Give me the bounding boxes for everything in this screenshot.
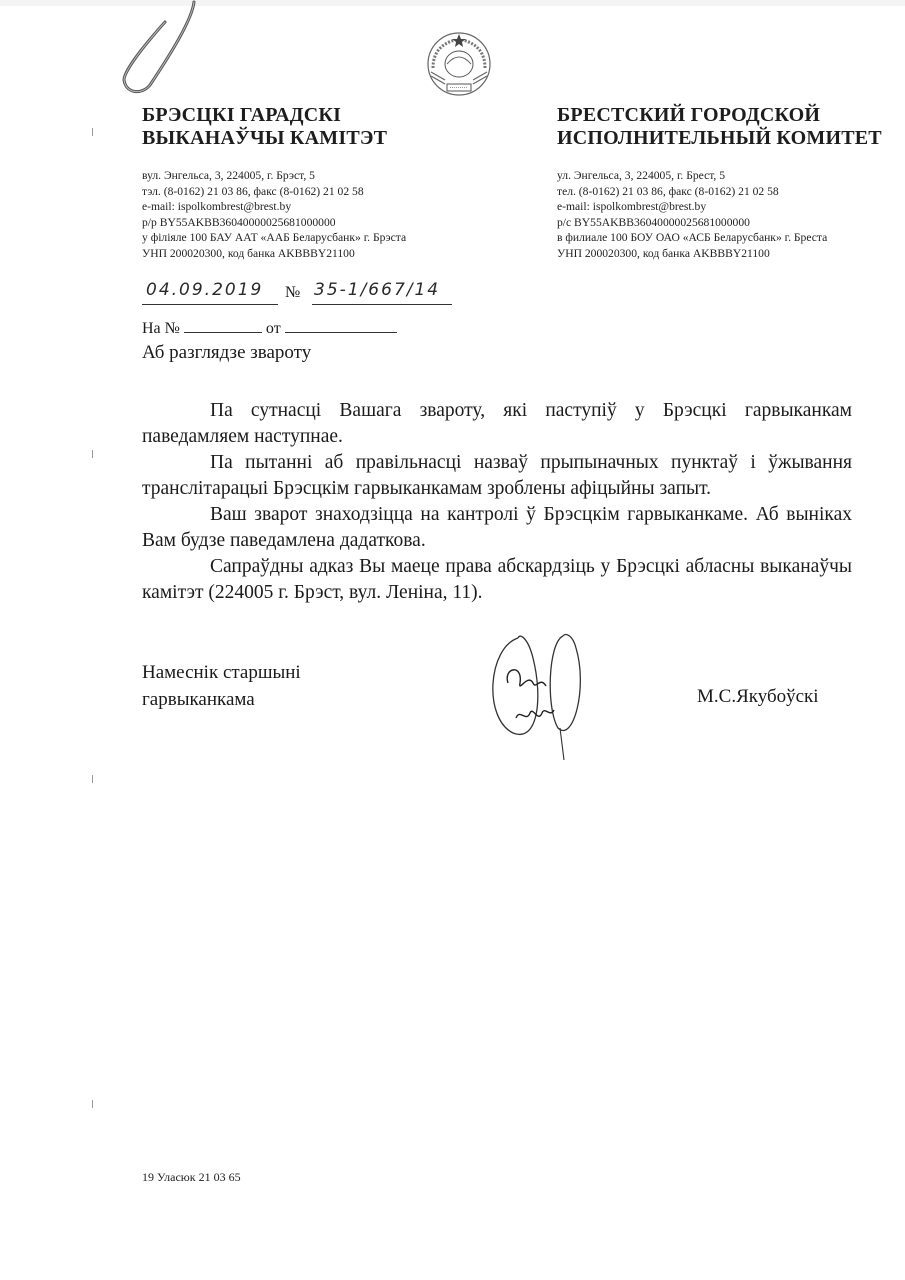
org-title-line: ИСПОЛНИТЕЛЬНЫЙ КОМИТЕТ [557,127,882,150]
date-underline [142,304,278,305]
signer-name: М.С.Якубоўскі [697,686,819,708]
scan-margin-mark [92,450,93,458]
address-block-belarusian: вул. Энгельса, 3, 224005, г. Брэст, 5 тэ… [142,168,406,261]
org-title-belarusian: БРЭСЦКІ ГАРАДСКІ ВЫКАНАЎЧЫ КАМІТЭТ [142,104,387,150]
executor-note: 19 Уласюк 21 03 65 [142,1170,241,1185]
reference-line: На № от [142,318,397,338]
account-line: р/с BY55AKBB36040000025681000000 [557,215,827,231]
letter-body: Па сутнасці Вашага звароту, які паступіў… [142,398,852,606]
org-title-line: ВЫКАНАЎЧЫ КАМІТЭТ [142,127,387,150]
ref-date-blank [285,318,397,333]
body-paragraph: Сапраўдны адказ Вы маеце права абскардзі… [142,554,852,606]
state-emblem-icon [425,28,493,100]
account-line: р/р BY55AKBB36040000025681000000 [142,215,406,231]
body-paragraph: Па сутнасці Вашага звароту, які паступіў… [142,398,852,450]
signer-position: Намеснік старшыні гарвыканкама [142,659,301,713]
bank-line: у філіяле 100 БАУ ААТ «ААБ Беларусбанк» … [142,230,406,246]
number-underline [312,304,452,305]
signer-position-line: гарвыканкама [142,686,301,713]
email-line: e-mail: ispolkombrest@brest.by [557,199,827,215]
ref-number-label: На № [142,320,180,337]
org-title-line: БРЭСЦКІ ГАРАДСКІ [142,104,387,127]
scan-margin-mark [92,775,93,783]
body-paragraph: Па пытанні аб правільнасці назваў прыпын… [142,450,852,502]
bank-line: в филиале 100 БОУ ОАО «АСБ Беларусбанк» … [557,230,827,246]
phone-line: тэл. (8-0162) 21 03 86, факс (8-0162) 21… [142,184,406,200]
handwritten-signature-icon [478,628,598,763]
unp-line: УНП 200020300, код банка AKBBBY21100 [142,246,406,262]
org-title-russian: БРЕСТСКИЙ ГОРОДСКОЙ ИСПОЛНИТЕЛЬНЫЙ КОМИТ… [557,104,882,150]
registration-line: 04.09.2019 № 35-1/667/14 [142,280,482,306]
body-paragraph: Ваш зварот знаходзіцца на кантролі ў Брэ… [142,502,852,554]
ref-number-blank [184,318,262,333]
unp-line: УНП 200020300, код банка AKBBBY21100 [557,246,827,262]
number-sign: № [285,284,300,302]
letter-subject: Аб разглядзе звароту [142,342,311,364]
paperclip-icon [110,0,200,95]
ref-from-label: от [266,320,281,337]
signer-position-line: Намеснік старшыні [142,659,301,686]
scan-margin-mark [92,1100,93,1108]
phone-line: тел. (8-0162) 21 03 86, факс (8-0162) 21… [557,184,827,200]
address-line: вул. Энгельса, 3, 224005, г. Брэст, 5 [142,168,406,184]
address-block-russian: ул. Энгельса, 3, 224005, г. Брест, 5 тел… [557,168,827,261]
registration-date: 04.09.2019 [146,280,263,300]
registration-number: 35-1/667/14 [314,280,440,300]
email-line: e-mail: ispolkombrest@brest.by [142,199,406,215]
org-title-line: БРЕСТСКИЙ ГОРОДСКОЙ [557,104,882,127]
scan-margin-mark [92,128,93,136]
address-line: ул. Энгельса, 3, 224005, г. Брест, 5 [557,168,827,184]
